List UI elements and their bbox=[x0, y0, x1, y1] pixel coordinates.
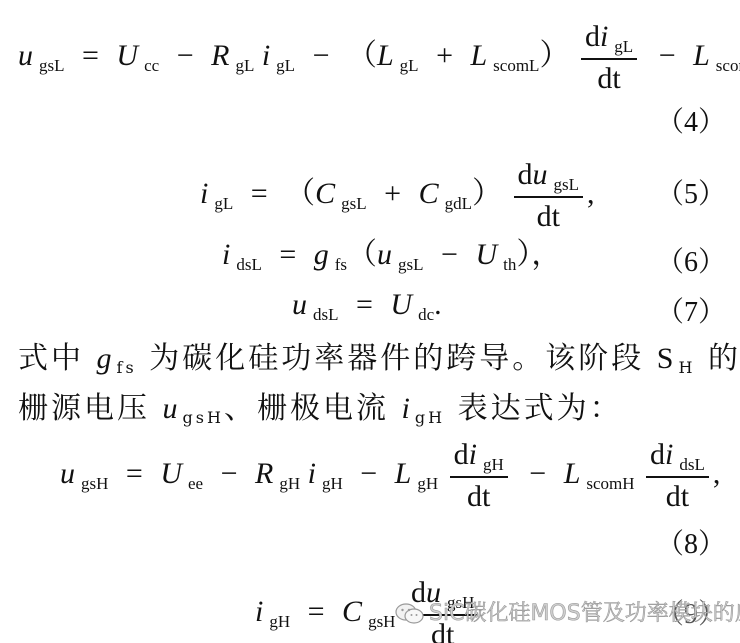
equation-7: udsL = Udc. bbox=[292, 290, 442, 323]
equation-number-7: （7） bbox=[656, 290, 726, 330]
equation-5: igL = （CgsL + CgdL） dugsL dt , bbox=[200, 160, 595, 232]
equation-number-6: （6） bbox=[656, 240, 726, 280]
fraction-digh-dt: digH dt bbox=[450, 440, 508, 512]
equation-number-8: （8） bbox=[656, 522, 726, 562]
fraction-didsl-dt-2: didsL dt bbox=[646, 440, 709, 512]
lhs-var: u bbox=[18, 39, 33, 72]
paragraph-line-1: 式中 gfs 为碳化硅功率器件的跨导。该阶段 SH 的 bbox=[18, 333, 740, 377]
watermark: SiC碳化硅MOS管及功率模块的应用 bbox=[395, 596, 740, 627]
paragraph-line-2: 栅源电压 ugsH、栅极电流 igH 表达式为： bbox=[18, 383, 623, 427]
wechat-icon bbox=[395, 603, 425, 625]
equation-number-5: （5） bbox=[656, 172, 726, 212]
fraction-dugsl-dt: dugsL dt bbox=[514, 160, 584, 232]
equation-6: idsL = gfs（ugsL − Uth）， bbox=[222, 240, 561, 273]
equation-number-4: （4） bbox=[656, 100, 726, 140]
equation-8: ugsH = Uee − RgH igH − LgH digH dt − Lsc… bbox=[60, 440, 720, 512]
equation-4: ugsL = Ucc − RgL igL − （LgL + LscomL） di… bbox=[18, 22, 740, 94]
watermark-text: SiC碳化硅MOS管及功率模块的应用 bbox=[429, 601, 740, 626]
fraction-digl-dt: digL dt bbox=[581, 22, 637, 94]
